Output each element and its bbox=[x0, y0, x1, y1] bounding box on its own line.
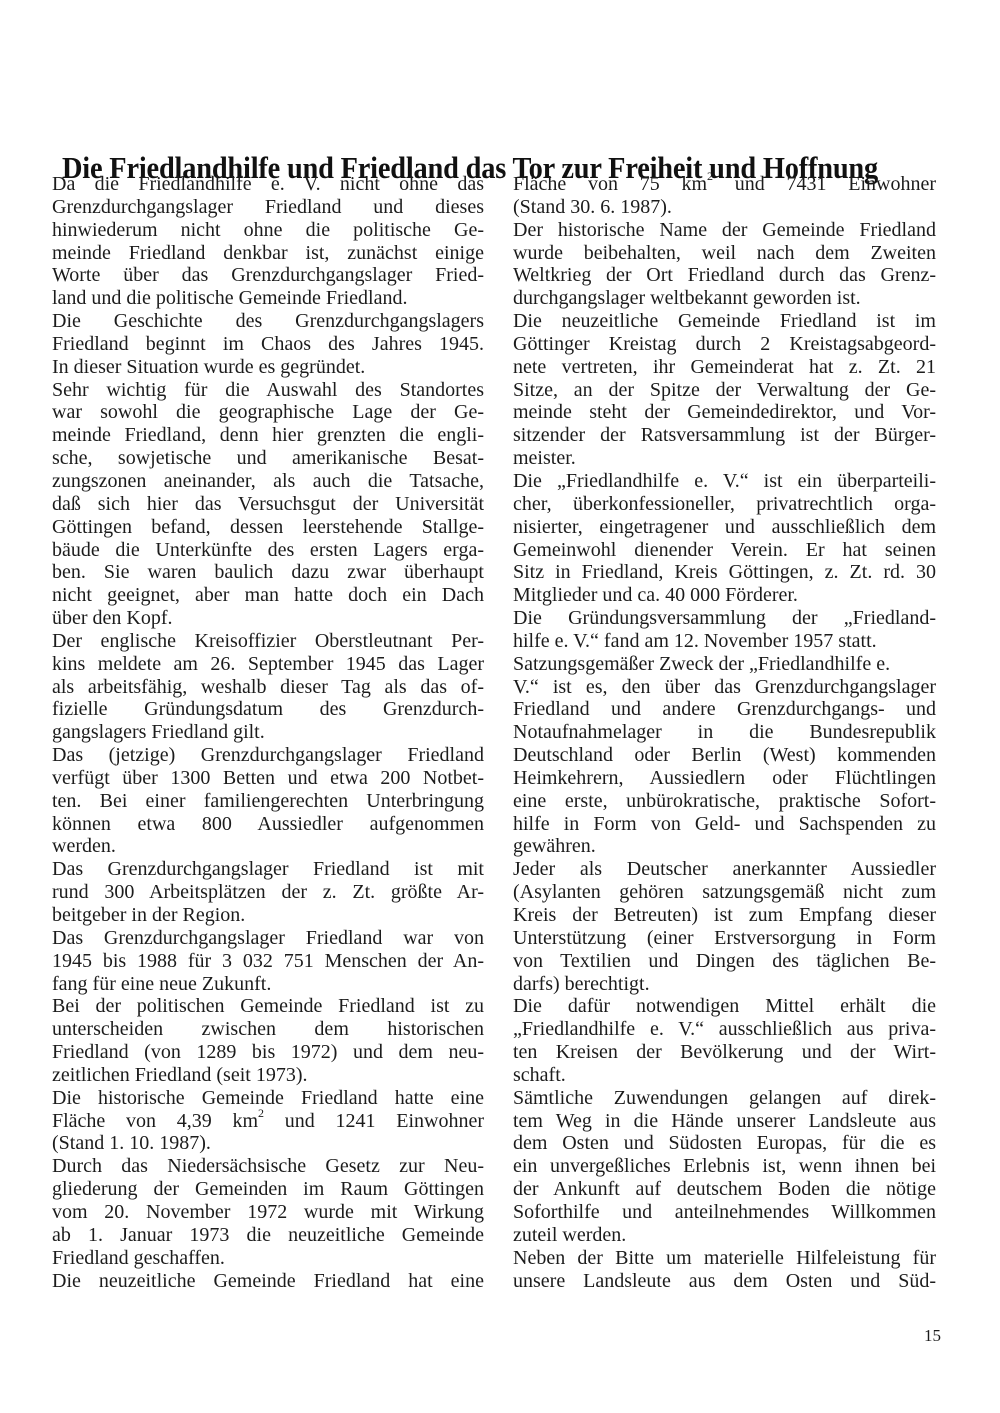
left-column: Da die Friedlandhilfe e. V. nicht ohne d… bbox=[52, 173, 484, 1292]
text-line: vom 20. November 1972 wurde mit Wirkung bbox=[52, 1201, 484, 1224]
text-line: Bei der politischen Gemeinde Friedland i… bbox=[52, 995, 484, 1018]
text-line: zuteil werden. bbox=[513, 1224, 936, 1247]
text-line: nete vertreten, ihr Gemeinderat hat z. Z… bbox=[513, 356, 936, 379]
superscript: 2 bbox=[707, 169, 713, 183]
text-line: Deutschland oder Berlin (West) kommenden bbox=[513, 744, 936, 767]
text-line: Die neuzeitliche Gemeinde Friedland hat … bbox=[52, 1270, 484, 1293]
text-line: der Ankunft auf deutschem Boden die nöti… bbox=[513, 1178, 936, 1201]
text-line: Mitglieder und ca. 40 000 Förderer. bbox=[513, 584, 936, 607]
text-line: sitzender der Ratsversammlung ist der Bü… bbox=[513, 424, 936, 447]
text-line: Das Grenzdurchgangslager Friedland war v… bbox=[52, 927, 484, 950]
text-line: wurde beibehalten, weil nach dem Zweiten bbox=[513, 242, 936, 265]
text-line: Weltkrieg der Ort Friedland durch das Gr… bbox=[513, 264, 936, 287]
text-line: hinwiederum nicht ohne die politische Ge… bbox=[52, 219, 484, 242]
text-line: Das (jetzige) Grenzdurchgangslager Fried… bbox=[52, 744, 484, 767]
text-line: unsere Landsleute aus dem Osten und Süd- bbox=[513, 1270, 936, 1293]
text-line: Friedland und andere Grenzdurchgangs- un… bbox=[513, 698, 936, 721]
text-line: (Stand 1. 10. 1987). bbox=[52, 1132, 484, 1155]
text-line: Die „Friedlandhilfe e. V.“ ist ein überp… bbox=[513, 470, 936, 493]
text-line: Friedland beginnt im Chaos des Jahres 19… bbox=[52, 333, 484, 356]
text-line: Göttinger Kreistag durch 2 Kreistagsabge… bbox=[513, 333, 936, 356]
page-number: 15 bbox=[924, 1326, 941, 1346]
text-line: war sowohl die geographische Lage der Ge… bbox=[52, 401, 484, 424]
text-line: Die historische Gemeinde Friedland hatte… bbox=[52, 1087, 484, 1110]
text-line: über den Kopf. bbox=[52, 607, 484, 630]
text-line: ein unvergeßliches Erlebnis ist, wenn ih… bbox=[513, 1155, 936, 1178]
text-line: V.“ ist es, den über das Grenzdurchgangs… bbox=[513, 676, 936, 699]
text-line: beitgeber in der Region. bbox=[52, 904, 484, 927]
text-line: „Friedlandhilfe e. V.“ ausschließlich au… bbox=[513, 1018, 936, 1041]
text-fragment: Fläche von 4,39 km bbox=[52, 1110, 258, 1132]
text-line: Sitz in Friedland, Kreis Göttingen, z. Z… bbox=[513, 561, 936, 584]
text-line: darfs) berechtigt. bbox=[513, 973, 936, 996]
text-line: hilfe e. V.“ fand am 12. November 1957 s… bbox=[513, 630, 936, 653]
text-line: fang für eine neue Zukunft. bbox=[52, 973, 484, 996]
text-line: Friedland geschaffen. bbox=[52, 1247, 484, 1270]
text-line: Gemeinwohl dienender Verein. Er hat sein… bbox=[513, 539, 936, 562]
text-line: fizielle Gründungsdatum des Grenzdurch- bbox=[52, 698, 484, 721]
text-line: Sehr wichtig für die Auswahl des Standor… bbox=[52, 379, 484, 402]
text-line: ten Kreisen der Bevölkerung und der Wirt… bbox=[513, 1041, 936, 1064]
text-line: nicht geeignet, aber man hatte doch ein … bbox=[52, 584, 484, 607]
text-line: Durch das Niedersächsische Gesetz zur Ne… bbox=[52, 1155, 484, 1178]
text-line: (Stand 30. 6. 1987). bbox=[513, 196, 936, 219]
text-line: Neben der Bitte um materielle Hilfeleist… bbox=[513, 1247, 936, 1270]
text-line: sche, sowjetische und amerikanische Besa… bbox=[52, 447, 484, 470]
text-line: Sitze, an der Spitze der Verwaltung der … bbox=[513, 379, 936, 402]
text-line: tem Weg in die Hände unserer Landsleute … bbox=[513, 1110, 936, 1133]
text-line: als arbeitsfähig, weshalb dieser Tag als… bbox=[52, 676, 484, 699]
text-line: Grenzdurchgangslager Friedland und diese… bbox=[52, 196, 484, 219]
text-line: 1945 bis 1988 für 3 032 751 Menschen der… bbox=[52, 950, 484, 973]
text-line: Jeder als Deutscher anerkannter Aussiedl… bbox=[513, 858, 936, 881]
text-line: Notaufnahmelager in die Bundesrepublik bbox=[513, 721, 936, 744]
text-line: Soforthilfe und anteilnehmendes Willkomm… bbox=[513, 1201, 936, 1224]
text-line: Die neuzeitliche Gemeinde Friedland ist … bbox=[513, 310, 936, 333]
text-line: Sämtliche Zuwendungen gelangen auf direk… bbox=[513, 1087, 936, 1110]
text-line: meinde Friedland, denn hier grenzten die… bbox=[52, 424, 484, 447]
text-line: zeitlichen Friedland (seit 1973). bbox=[52, 1064, 484, 1087]
text-line: Friedland (von 1289 bis 1972) und dem ne… bbox=[52, 1041, 484, 1064]
text-line: gewähren. bbox=[513, 835, 936, 858]
text-line: Der englische Kreisoffizier Oberstleutna… bbox=[52, 630, 484, 653]
text-line: Die Geschichte des Grenzdurchgangslagers bbox=[52, 310, 484, 333]
text-line: dem Osten und Südosten Europas, für die … bbox=[513, 1132, 936, 1155]
text-line: Da die Friedlandhilfe e. V. nicht ohne d… bbox=[52, 173, 484, 196]
text-line: meinde steht der Gemeindedirektor, und V… bbox=[513, 401, 936, 424]
text-line: Göttingen befand, dessen leerstehende St… bbox=[52, 516, 484, 539]
text-fragment: und 1241 Einwohner bbox=[264, 1110, 484, 1132]
text-line: durchgangslager weltbekannt geworden ist… bbox=[513, 287, 936, 310]
text-line: unterscheiden zwischen dem historischen bbox=[52, 1018, 484, 1041]
text-line: werden. bbox=[52, 835, 484, 858]
text-line: Der historische Name der Gemeinde Friedl… bbox=[513, 219, 936, 242]
text-line: land und die politische Gemeinde Friedla… bbox=[52, 287, 484, 310]
text-line: von Textilien und Dingen des täglichen B… bbox=[513, 950, 936, 973]
text-line: Worte über das Grenzdurchgangslager Frie… bbox=[52, 264, 484, 287]
text-line: bäude die Unterkünfte des ersten Lagers … bbox=[52, 539, 484, 562]
text-line: kins meldete am 26. September 1945 das L… bbox=[52, 653, 484, 676]
text-line: Kreis der Betreuten) ist zum Empfang die… bbox=[513, 904, 936, 927]
text-fragment: und 7431 Einwohner bbox=[713, 173, 936, 195]
text-fragment: Fläche von 75 km bbox=[513, 173, 707, 195]
superscript: 2 bbox=[258, 1106, 264, 1120]
text-line: In dieser Situation wurde es gegründet. bbox=[52, 356, 484, 379]
text-line: rund 300 Arbeitsplätzen der z. Zt. größt… bbox=[52, 881, 484, 904]
text-line: hilfe in Form von Geld- und Sachspenden … bbox=[513, 813, 936, 836]
text-line: Fläche von 75 km2 und 7431 Einwohner bbox=[513, 173, 936, 196]
text-line: ben. Sie waren baulich dazu zwar überhau… bbox=[52, 561, 484, 584]
text-line: meister. bbox=[513, 447, 936, 470]
text-line: ab 1. Januar 1973 die neuzeitliche Gemei… bbox=[52, 1224, 484, 1247]
text-line: Unterstützung (einer Erstversorgung in F… bbox=[513, 927, 936, 950]
text-line: daß sich hier das Versuchsgut der Univer… bbox=[52, 493, 484, 516]
text-line: schaft. bbox=[513, 1064, 936, 1087]
text-line: Die Gründungsversammlung der „Friedland- bbox=[513, 607, 936, 630]
text-line: nisierter, eingetragener und ausschließl… bbox=[513, 516, 936, 539]
text-line: verfügt über 1300 Betten und etwa 200 No… bbox=[52, 767, 484, 790]
text-line: Heimkehrern, Aussiedlern oder Flüchtling… bbox=[513, 767, 936, 790]
text-line: Satzungsgemäßer Zweck der „Friedlandhilf… bbox=[513, 653, 936, 676]
right-column: Fläche von 75 km2 und 7431 Einwohner(Sta… bbox=[513, 173, 936, 1292]
text-line: (Asylanten gehören satzungsgemäß nicht z… bbox=[513, 881, 936, 904]
text-line: können etwa 800 Aussiedler aufgenommen bbox=[52, 813, 484, 836]
text-line: meinde Friedland denkbar ist, zunächst e… bbox=[52, 242, 484, 265]
text-line: Fläche von 4,39 km2 und 1241 Einwohner bbox=[52, 1110, 484, 1133]
text-line: zungszonen aneinander, als auch die Tats… bbox=[52, 470, 484, 493]
text-line: gangslagers Friedland gilt. bbox=[52, 721, 484, 744]
text-line: Das Grenzdurchgangslager Friedland ist m… bbox=[52, 858, 484, 881]
text-line: gliederung der Gemeinden im Raum Götting… bbox=[52, 1178, 484, 1201]
text-line: cher, überkonfessioneller, privatrechtli… bbox=[513, 493, 936, 516]
text-line: Die dafür notwendigen Mittel erhält die bbox=[513, 995, 936, 1018]
text-line: eine erste, unbürokratische, praktische … bbox=[513, 790, 936, 813]
text-line: ten. Bei einer familiengerechten Unterbr… bbox=[52, 790, 484, 813]
